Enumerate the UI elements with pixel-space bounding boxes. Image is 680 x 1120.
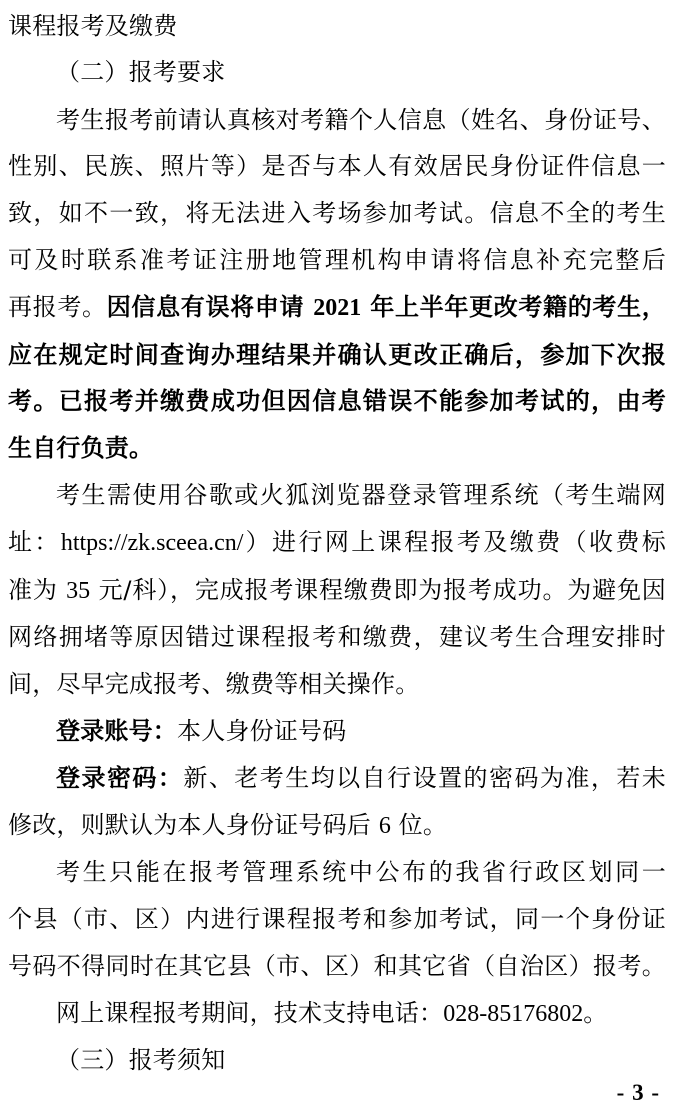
text-line: 网络拥堵等原因错过课程报考和缴费，建议考生合理安排时 (8, 614, 666, 661)
section-heading: （三）报考须知 (8, 1038, 666, 1085)
cjk-text: 网络拥堵等原因错过课程报考和缴费，建议考生合理安排时 (8, 623, 666, 651)
cjk-text: 考生报考前请认真核对考籍个人信息（姓名、身份证号、 (56, 106, 666, 134)
cjk-text: 考。已报考并缴费成功但因信息错误不能参加考试的，由考 (8, 387, 666, 415)
text-line: 考生需使用谷歌或火狐浏览器登录管理系统（考生端网 (8, 472, 666, 519)
cjk-text: 修改，则默认为本人身份证号码后 (8, 811, 379, 839)
text-line: 应在规定时间查询办理结果并确认更改正确后，参加下次报 (8, 332, 666, 379)
text-line: 生自行负责。 (8, 425, 666, 472)
text-line: 性别、民族、照片等）是否与本人有效居民身份证件信息一 (8, 143, 666, 190)
section-heading: （二）报考要求 (8, 50, 666, 97)
cjk-text: 新、老考生均以自行设置的密码为准，若未 (183, 764, 666, 792)
text-line: 可及时联系准考证注册地管理机构申请将信息补充完整后 (8, 237, 666, 284)
text-line: 致，如不一致，将无法进入考场参加考试。信息不全的考生 (8, 190, 666, 237)
cjk-text: （二）报考要求 (56, 60, 225, 86)
cjk-text: 再报考。 (8, 293, 107, 321)
cjk-text: 个县（市、区）内进行课程报考和参加考试，同一个身份证 (8, 905, 666, 933)
text-line: 准为 35 元/科），完成报考课程缴费即为报考成功。为避免因 (8, 567, 666, 615)
cjk-text: （三）报考须知 (56, 1048, 225, 1074)
text-line: 间，尽早完成报考、缴费等相关操作。 (8, 661, 666, 708)
cjk-text: 考生需使用谷歌或火狐浏览器登录管理系统（考生端网 (56, 481, 666, 509)
cjk-text: 网上课程报考期间，技术支持电话： (56, 999, 443, 1027)
cjk-text: 应在规定时间查询办理结果并确认更改正确后，参加下次报 (8, 341, 666, 369)
cjk-text: 。 (583, 999, 607, 1027)
text-line: 修改，则默认为本人身份证号码后 6 位。 (8, 802, 666, 850)
cjk-text: 考生只能在报考管理系统中公布的我省行政区划同一 (56, 858, 666, 886)
url-text: https://zk.sceea.cn/ (61, 530, 244, 556)
cjk-text: 因信息有误将申请 (107, 293, 314, 321)
numeric-text: 6 (379, 813, 391, 839)
cjk-text: 登录密码： (56, 764, 183, 792)
text-line: 个县（市、区）内进行课程报考和参加考试，同一个身份证 (8, 896, 666, 943)
cjk-text: 课程报考及缴费 (8, 12, 177, 40)
document-body: 课程报考及缴费（二）报考要求考生报考前请认真核对考籍个人信息（姓名、身份证号、性… (0, 0, 680, 1084)
cjk-text: 可及时联系准考证注册地管理机构申请将信息补充完整后 (8, 246, 666, 274)
cjk-text: 位。 (391, 811, 447, 839)
cjk-text: 址： (8, 528, 61, 556)
cjk-text: 性别、民族、照片等）是否与本人有效居民身份证件信息一 (8, 152, 666, 180)
cjk-text: 年上半年更改考籍的考生， (361, 293, 666, 321)
cjk-text: 元/科），完成报考课程缴费即为报考成功。为避免因 (90, 576, 666, 604)
text-line: 考。已报考并缴费成功但因信息错误不能参加考试的，由考 (8, 378, 666, 425)
numeric-text: 2021 (313, 295, 361, 321)
cjk-text: 本人身份证号码 (177, 717, 346, 745)
cjk-text: 生自行负责。 (8, 434, 153, 462)
text-line: 考生只能在报考管理系统中公布的我省行政区划同一 (8, 849, 666, 896)
cjk-text: 致，如不一致，将无法进入考场参加考试。信息不全的考生 (8, 199, 666, 227)
text-line: 再报考。因信息有误将申请 2021 年上半年更改考籍的考生， (8, 284, 666, 332)
page-number: - 3 - (617, 1080, 660, 1106)
cjk-text: 登录账号： (56, 717, 177, 745)
text-line: 网上课程报考期间，技术支持电话：028-85176802。 (8, 990, 666, 1038)
numeric-text: 028-85176802 (443, 1001, 583, 1027)
cjk-text: 间，尽早完成报考、缴费等相关操作。 (8, 670, 419, 698)
cjk-text: ）进行网上课程报考及缴费（收费标 (243, 528, 666, 556)
numeric-text: 35 (66, 578, 90, 604)
text-line: 号码不得同时在其它县（市、区）和其它省（自治区）报考。 (8, 943, 666, 990)
cjk-text: 准为 (8, 576, 66, 604)
cjk-text: 号码不得同时在其它县（市、区）和其它省（自治区）报考。 (8, 952, 666, 980)
document-page: 课程报考及缴费（二）报考要求考生报考前请认真核对考籍个人信息（姓名、身份证号、性… (0, 0, 680, 1120)
text-line: 登录账号：本人身份证号码 (8, 708, 666, 755)
text-line: 登录密码：新、老考生均以自行设置的密码为准，若未 (8, 755, 666, 802)
text-line: 考生报考前请认真核对考籍个人信息（姓名、身份证号、 (8, 97, 666, 144)
text-line: 课程报考及缴费 (8, 3, 666, 50)
text-line: 址：https://zk.sceea.cn/）进行网上课程报考及缴费（收费标 (8, 519, 666, 567)
